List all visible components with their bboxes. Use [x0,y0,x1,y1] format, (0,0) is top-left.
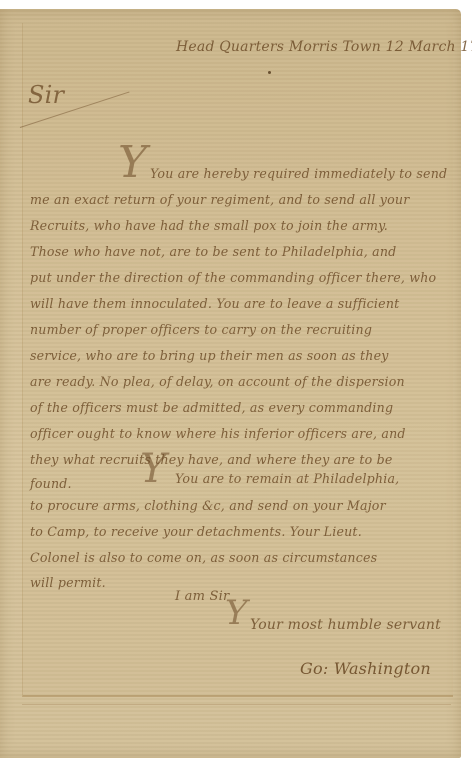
body-line: they what recruits they have, and where … [30,452,393,467]
decorative-initial-y: Y [140,446,166,492]
body-line: Recruits, who have had the small pox to … [30,218,388,233]
decorative-initial-y: Y [225,593,247,633]
subscription: Your most humble servant [250,617,441,633]
body-line: put under the direction of the commandin… [30,270,436,285]
body-line: will permit. [30,575,106,590]
body-line: Colonel is also to come on, as soon as c… [30,550,377,565]
body-line: to procure arms, clothing &c, and send o… [30,498,386,513]
body-line: number of proper officers to carry on th… [30,322,372,337]
body-line: You are to remain at Philadelphia, [175,471,399,486]
closing: I am Sir [175,589,229,604]
salutation: Sir [28,81,64,109]
dateline: Head Quarters Morris Town 12 March 1777 [176,39,472,55]
body-line: service, who are to bring up their men a… [30,348,389,363]
body-line: to Camp, to receive your detachments. Yo… [30,524,362,539]
body-line: officer ought to know where his inferior… [30,426,406,441]
signature: Go: Washington [300,659,431,678]
decorative-initial-y: Y [118,137,147,188]
body-line: Those who have not, are to be sent to Ph… [30,244,396,259]
body-line: are ready. No plea, of delay, on account… [30,374,405,389]
ink-spot [268,71,271,74]
letter-sheet: Head Quarters Morris Town 12 March 1777 … [0,9,461,758]
body-line: of the officers must be admitted, as eve… [30,400,393,415]
body-line: me an exact return of your regiment, and… [30,192,409,207]
fold-line [22,704,451,705]
body-line: found. [30,476,72,491]
body-line: You are hereby required immediately to s… [150,166,447,181]
body-line: will have them innoculated. You are to l… [30,296,399,311]
